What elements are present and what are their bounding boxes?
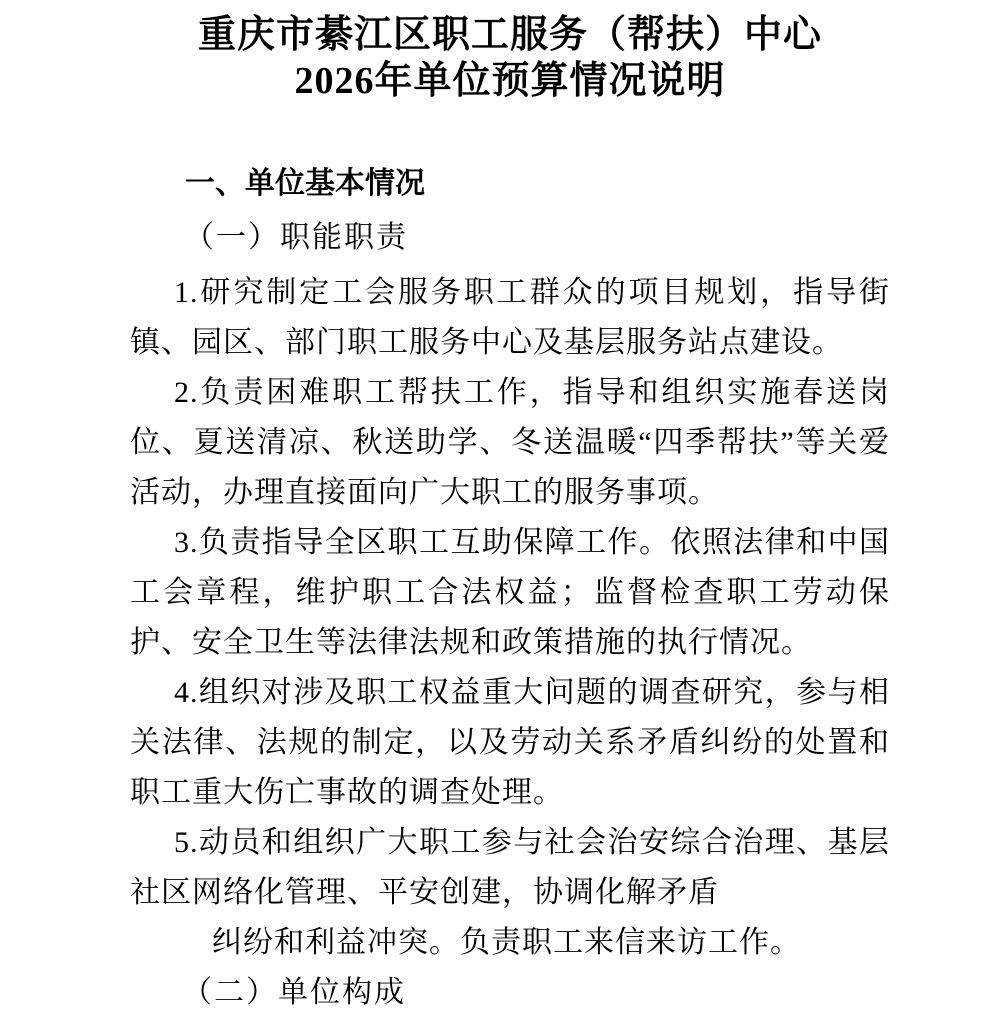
subsection-heading-duties: （一）职能职责 (130, 220, 890, 256)
paragraph-1: 1.研究制定工会服务职工群众的项目规划，指导街镇、园区、部门职工服务中心及基层服… (130, 268, 890, 368)
document-title-line1: 重庆市綦江区职工服务（帮扶）中心 (130, 12, 890, 58)
document-title-line2: 2026年单位预算情况说明 (130, 58, 890, 104)
paragraph-5: 5.动员和组织广大职工参与社会治安综合治理、基层社区网络化管理、平安创建，协调化… (130, 818, 890, 918)
document-title: 重庆市綦江区职工服务（帮扶）中心 2026年单位预算情况说明 (130, 12, 890, 104)
document-page: 重庆市綦江区职工服务（帮扶）中心 2026年单位预算情况说明 一、单位基本情况 … (0, 0, 1000, 1012)
section-heading-basic-info: 一、单位基本情况 (130, 166, 890, 202)
paragraph-5-continuation: 纠纷和利益冲突。负责职工来信来访工作。 (130, 918, 890, 968)
body-text: 1.研究制定工会服务职工群众的项目规划，指导街镇、园区、部门职工服务中心及基层服… (130, 268, 890, 1012)
paragraph-2: 2.负责困难职工帮扶工作，指导和组织实施春送岗位、夏送清凉、秋送助学、冬送温暖“… (130, 368, 890, 518)
subsection-heading-unit-composition: （二）单位构成 (130, 968, 890, 1012)
paragraph-4: 4.组织对涉及职工权益重大问题的调查研究，参与相关法律、法规的制定，以及劳动关系… (130, 668, 890, 818)
paragraph-3: 3.负责指导全区职工互助保障工作。依照法律和中国工会章程，维护职工合法权益；监督… (130, 518, 890, 668)
